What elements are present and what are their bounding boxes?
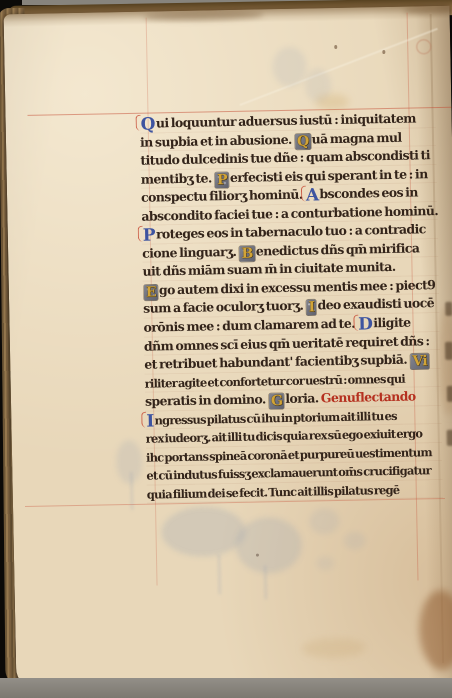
yellow-stain [302,638,366,659]
text-run: deo exaudisti uocē [317,296,434,313]
text-run: iligite [373,315,411,331]
gutter-text-mark [447,430,452,446]
text-run: speratis in domino. [145,392,268,409]
text-run: uit dñs miām suam m̄ in ciuitate munita. [142,259,395,279]
text-run: et retribuet habundant' facientibʒ supbi… [144,352,409,372]
showthrough-floral-sprig [116,440,143,484]
showthrough-stem [218,554,221,594]
text-run: bscondes eos in [319,185,418,202]
corner-stain [419,590,452,671]
manuscript-page: Qui loquuntur aduersus iustū : iniquitat… [4,6,452,690]
ink-speck [334,45,337,49]
versal-initial-blue: D [358,316,372,333]
showthrough-floral [235,517,302,574]
text-run: titudo dulcedinis tue dñe : quam abscond… [140,147,430,168]
showthrough-floral [309,508,339,535]
versal-initial-gold: E [144,284,158,300]
versal-initial-gold: G [269,393,285,409]
versal-initial-gold: B [239,245,255,261]
gutter-text-mark [445,302,452,316]
text-run: ui loquuntur aduersus iustū : iniquitate… [156,110,416,130]
text-run: enedictus dñs qm̄ mirifica [256,240,420,258]
text-run: sum a facie oculorʒ tuorʒ. [143,298,306,316]
text-run: uā magna mul [311,129,401,146]
versal-initial-blue: Q [141,116,156,133]
gutter-text-mark [445,342,452,360]
versal-initial-gold: Q [295,133,311,149]
gutter-text-mark [447,386,452,402]
text-run: in supbia et in abusione. [140,131,294,149]
text-run: rex iudeorʒ. ait illi tu dicis quia rex … [146,427,423,446]
text-run: go autem dixi in excessu mentis mee : pi… [159,277,436,297]
text-run: cione linguarʒ. [142,244,239,261]
showthrough-floral [161,506,246,558]
text-block: Qui loquuntur aduersus iustū : iniquitat… [140,109,443,504]
text-run: mentibʒ te. [141,170,214,186]
rubric-run: Genuflectando [321,389,416,406]
text-run: riliter agite et confortetur cor uestrū … [145,371,406,390]
ink-speck [382,50,385,54]
text-run: quia filium dei se fecit. Tunc ait illis… [147,483,400,502]
versal-initial-blue: P [143,228,156,245]
manuscript-photo: Qui loquuntur aduersus iustū : iniquitat… [0,0,452,698]
backdrop-strip-bottom [0,678,452,698]
versal-initial-blue: A [306,188,319,205]
versal-initial-gold: I [306,300,316,316]
text-run: ngressus pilatus cū ihu in ptorium ait i… [154,409,396,428]
versal-initial-blue: I [146,413,153,430]
text-run: conspectu filiorʒ hominū. [141,187,305,205]
versal-initial-gold: Vi [410,353,429,369]
showthrough-floral [344,531,366,549]
text-run: orōnis mee : dum clamarem ad te. [143,316,357,335]
text-run: erfecisti eis qui sperant in te : in [230,166,428,185]
showthrough-floral [316,556,334,570]
text-run: roteges eos in tabernaculo tuo : a contr… [156,222,426,242]
versal-initial-gold: P [215,172,229,188]
text-run: loria. [285,391,321,407]
